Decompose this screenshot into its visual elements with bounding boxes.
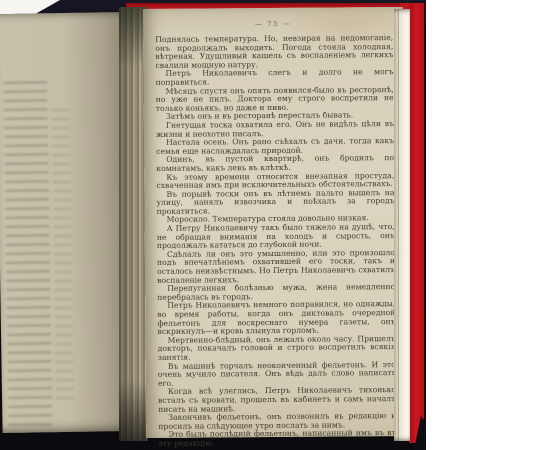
book-listing-photo: — 75 — Поднялась температура. Но, невзир… xyxy=(0,0,550,450)
paragraph: Мѣсяцъ спустя онъ опять появился-было въ… xyxy=(156,86,394,114)
left-page xyxy=(0,12,133,433)
paragraph: А Петру Николаевичу такъ было тяжело на … xyxy=(157,223,395,251)
show-through-text xyxy=(3,81,52,430)
paragraph: Это былъ послѣдній фельетонъ, написанный… xyxy=(158,429,396,448)
book-cover-right-edge xyxy=(409,3,424,443)
paragraph: Петръ Николаевичъ немного поправился, но… xyxy=(157,300,395,336)
paragraph: Сдѣлалъ ли онъ это умышленно, или это пр… xyxy=(157,249,395,285)
right-page: — 75 — Поднялась температура. Но, невзир… xyxy=(143,7,406,438)
paragraph: Мертвенно-блѣдный, онъ лежалъ около часу… xyxy=(158,335,396,363)
paragraph: Поднялась температура. Но, невзирая на н… xyxy=(155,34,393,70)
paragraph: Въ порывѣ тоски онъ въ лѣтнемъ пальто вы… xyxy=(156,189,394,217)
page-number: — 75 — xyxy=(143,19,403,29)
paragraph: Въ машинѣ торчалъ неоконченный фельетонъ… xyxy=(158,361,396,389)
show-through-text xyxy=(52,109,75,399)
page-edges xyxy=(394,9,410,441)
paragraph: Когда всѣ улеглись, Петръ Николаевичъ ти… xyxy=(158,386,396,414)
page-text: Поднялась температура. Но, невзирая на н… xyxy=(155,34,396,448)
photo-background: — 75 — Поднялась температура. Но, невзир… xyxy=(0,0,426,450)
